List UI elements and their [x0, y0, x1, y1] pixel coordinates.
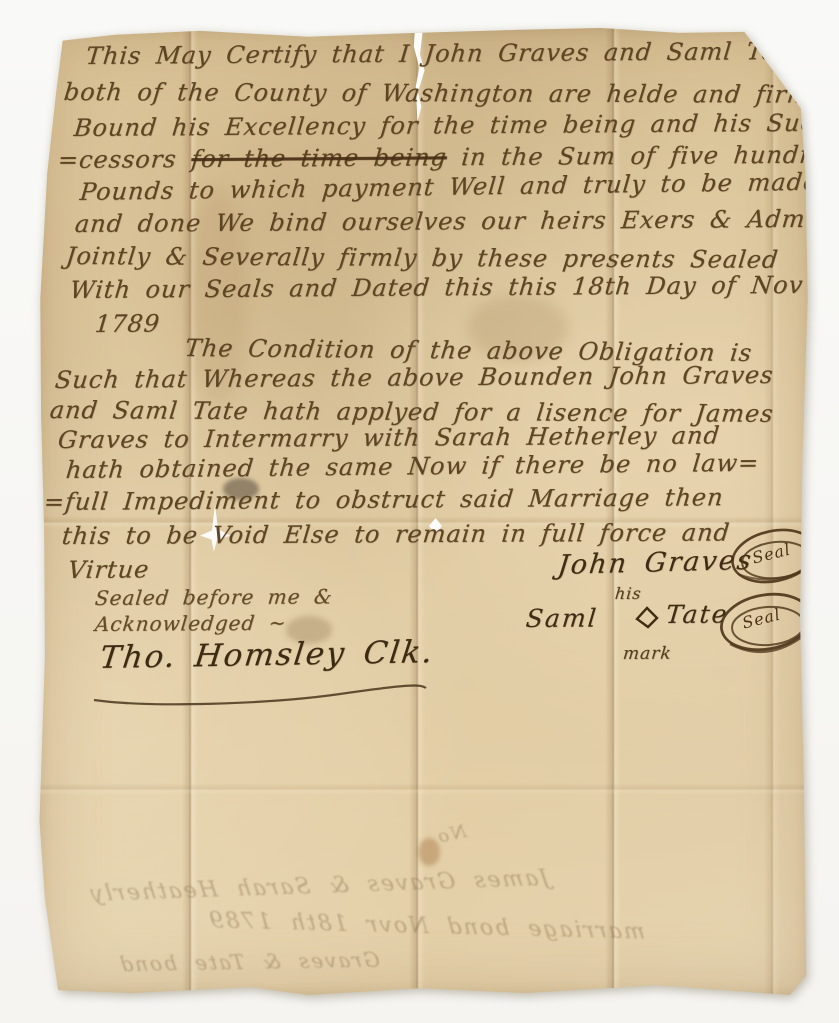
manuscript-line: both of the County of Washington are hel…: [62, 78, 835, 109]
manuscript-line: hath obtained the same Now if there be n…: [65, 449, 761, 484]
line-fragment: =cessors: [57, 145, 193, 174]
manuscript-line: Bound his Excellency for the time being …: [73, 109, 817, 142]
manuscript-line: Jointly & Severally firmly by these pres…: [64, 242, 780, 274]
manuscript-line: With our Seals and Dated this this 18th …: [69, 271, 805, 304]
manuscript-line: Virtue: [67, 555, 151, 584]
bleedthrough-line: marriage bond Novr 18th 1789: [206, 908, 645, 944]
line-fragment: in the Sum of five hundred: [446, 141, 839, 172]
manuscript-line: =full Impediment to obstruct said Marria…: [43, 483, 725, 516]
bleedthrough-line: James Graves & Sarah Heatherly: [87, 866, 550, 907]
fold-crease-horizontal: [38, 783, 810, 795]
seal-flourish: Seal: [716, 584, 816, 668]
aged-paper-sheet: This May Certify that I John Graves and …: [38, 28, 810, 995]
manuscript-line: This May Certify that I John Graves and …: [85, 37, 805, 70]
bleedthrough-mark: No: [434, 821, 468, 848]
manuscript-line: Such that Whereas the above Bounden John…: [54, 361, 775, 394]
manuscript-line: this to be Void Else to remain in full f…: [61, 519, 732, 550]
signature-john-graves: John Graves: [556, 545, 754, 581]
attestation-line: Sealed before me &: [94, 584, 334, 610]
his-mark-label-bottom: mark: [622, 644, 673, 664]
signature-underline-flourish: [90, 680, 430, 708]
his-mark-label-top: his: [614, 584, 643, 603]
manuscript-line: and done We bind ourselves our heirs Exe…: [74, 205, 833, 238]
manuscript-line: Graves to Intermarry with Sarah Hetherle…: [57, 421, 722, 454]
document-scan: This May Certify that I John Graves and …: [0, 0, 839, 1023]
manuscript-line: 1789: [94, 310, 162, 338]
signature-saml: Saml: [525, 603, 600, 633]
paper-shadow-wrap: This May Certify that I John Graves and …: [0, 0, 839, 1023]
makers-mark-icon: [634, 606, 660, 630]
struck-out-text: for the time being: [190, 143, 448, 173]
attestation-line: Acknowledged ~: [94, 611, 288, 636]
clerk-signature: Tho. Homsley Clk.: [98, 634, 437, 676]
bleedthrough-line: Graves & Tate bond: [117, 948, 381, 977]
